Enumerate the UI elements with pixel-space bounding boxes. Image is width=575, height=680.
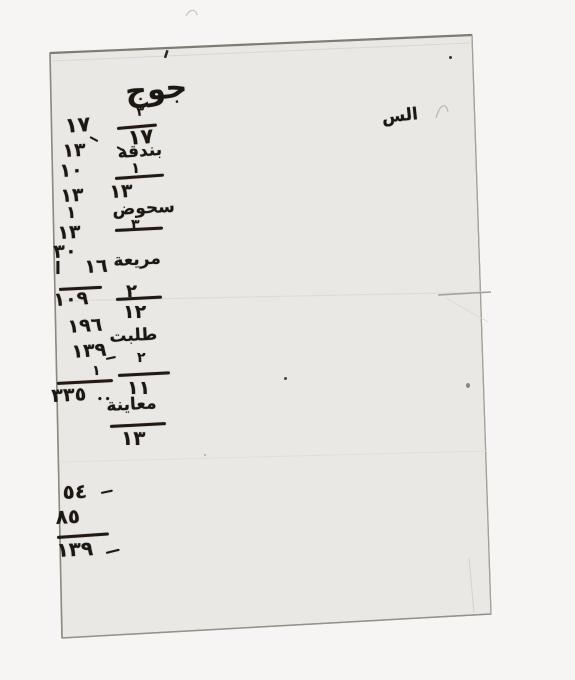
calc-addend-2: ١٣٩ <box>71 341 107 362</box>
outer-number: ١٧ <box>64 114 91 137</box>
item-word-5: معاينة <box>106 395 157 415</box>
manuscript-scan: جوج ٣ الس ١٧ بندقة ١ ١٣ سحوض ٣ مريعة ١٦ … <box>0 0 575 680</box>
calc-total: ٣٣٥ <box>51 385 87 406</box>
bottom-total: ١٣٩ <box>56 538 94 560</box>
calc-addend-1: ١٩٦ <box>67 316 103 337</box>
item-mark-alef: ا <box>55 261 61 278</box>
outer-number: ١٣ <box>62 141 86 161</box>
subtotal-number: ١٠٩ <box>53 289 89 310</box>
bottom-addend-1: ٥٤ <box>62 481 87 502</box>
inner-number-13-final: ١٣ <box>121 428 145 448</box>
bottom-addend-2: ٨٥ <box>55 506 80 527</box>
calc-carry-mark: ١ <box>92 364 101 378</box>
item-qty-1: ١ <box>131 161 140 176</box>
item-word-2: سحوض <box>112 199 175 219</box>
outer-number: ٣٠ <box>53 242 77 262</box>
dirt-speck <box>204 454 206 456</box>
side-note: الس <box>381 106 419 127</box>
pencil-scribble-top <box>186 10 197 16</box>
title-word: جوج <box>124 73 188 108</box>
title-mark: ٣ <box>136 105 145 119</box>
item-word-3: مريعة <box>113 251 161 270</box>
item-word-4: طلبت <box>109 326 158 345</box>
outer-number: ١٠ <box>59 161 83 181</box>
inner-number-12: ١٢ <box>123 303 146 322</box>
item-qty-4: ٢ <box>137 351 146 365</box>
ink-speck <box>284 377 287 380</box>
calc-total-dots: •• <box>97 396 113 405</box>
dirt-speck <box>466 383 470 388</box>
outer-number: ١ <box>66 205 76 222</box>
item-number-16: ١٦ <box>84 257 108 277</box>
ink-speck <box>449 56 452 59</box>
